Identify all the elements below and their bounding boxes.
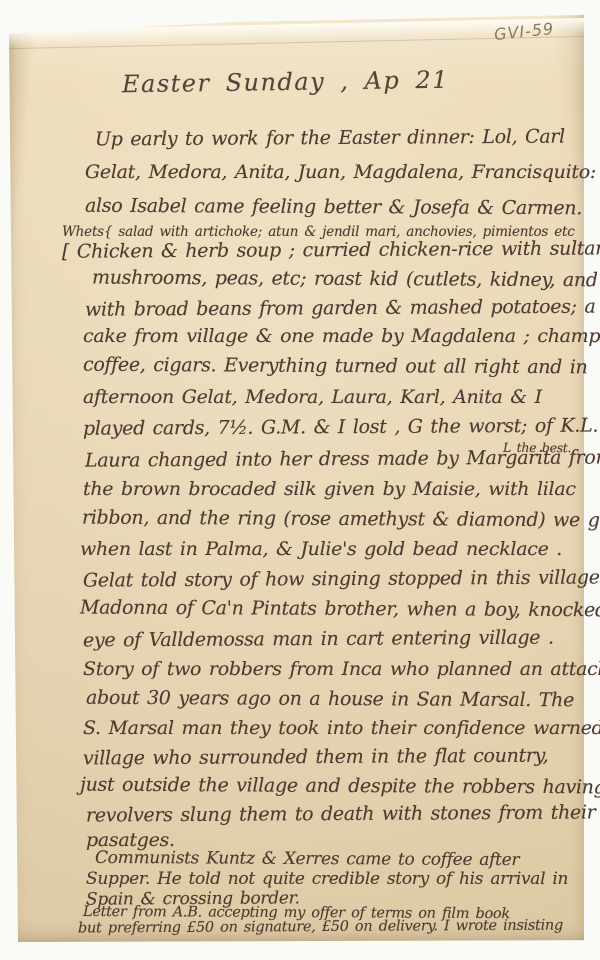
diary-page bbox=[6, 12, 584, 942]
entry-date-heading: Easter Sunday , Ap 21 bbox=[122, 66, 449, 99]
